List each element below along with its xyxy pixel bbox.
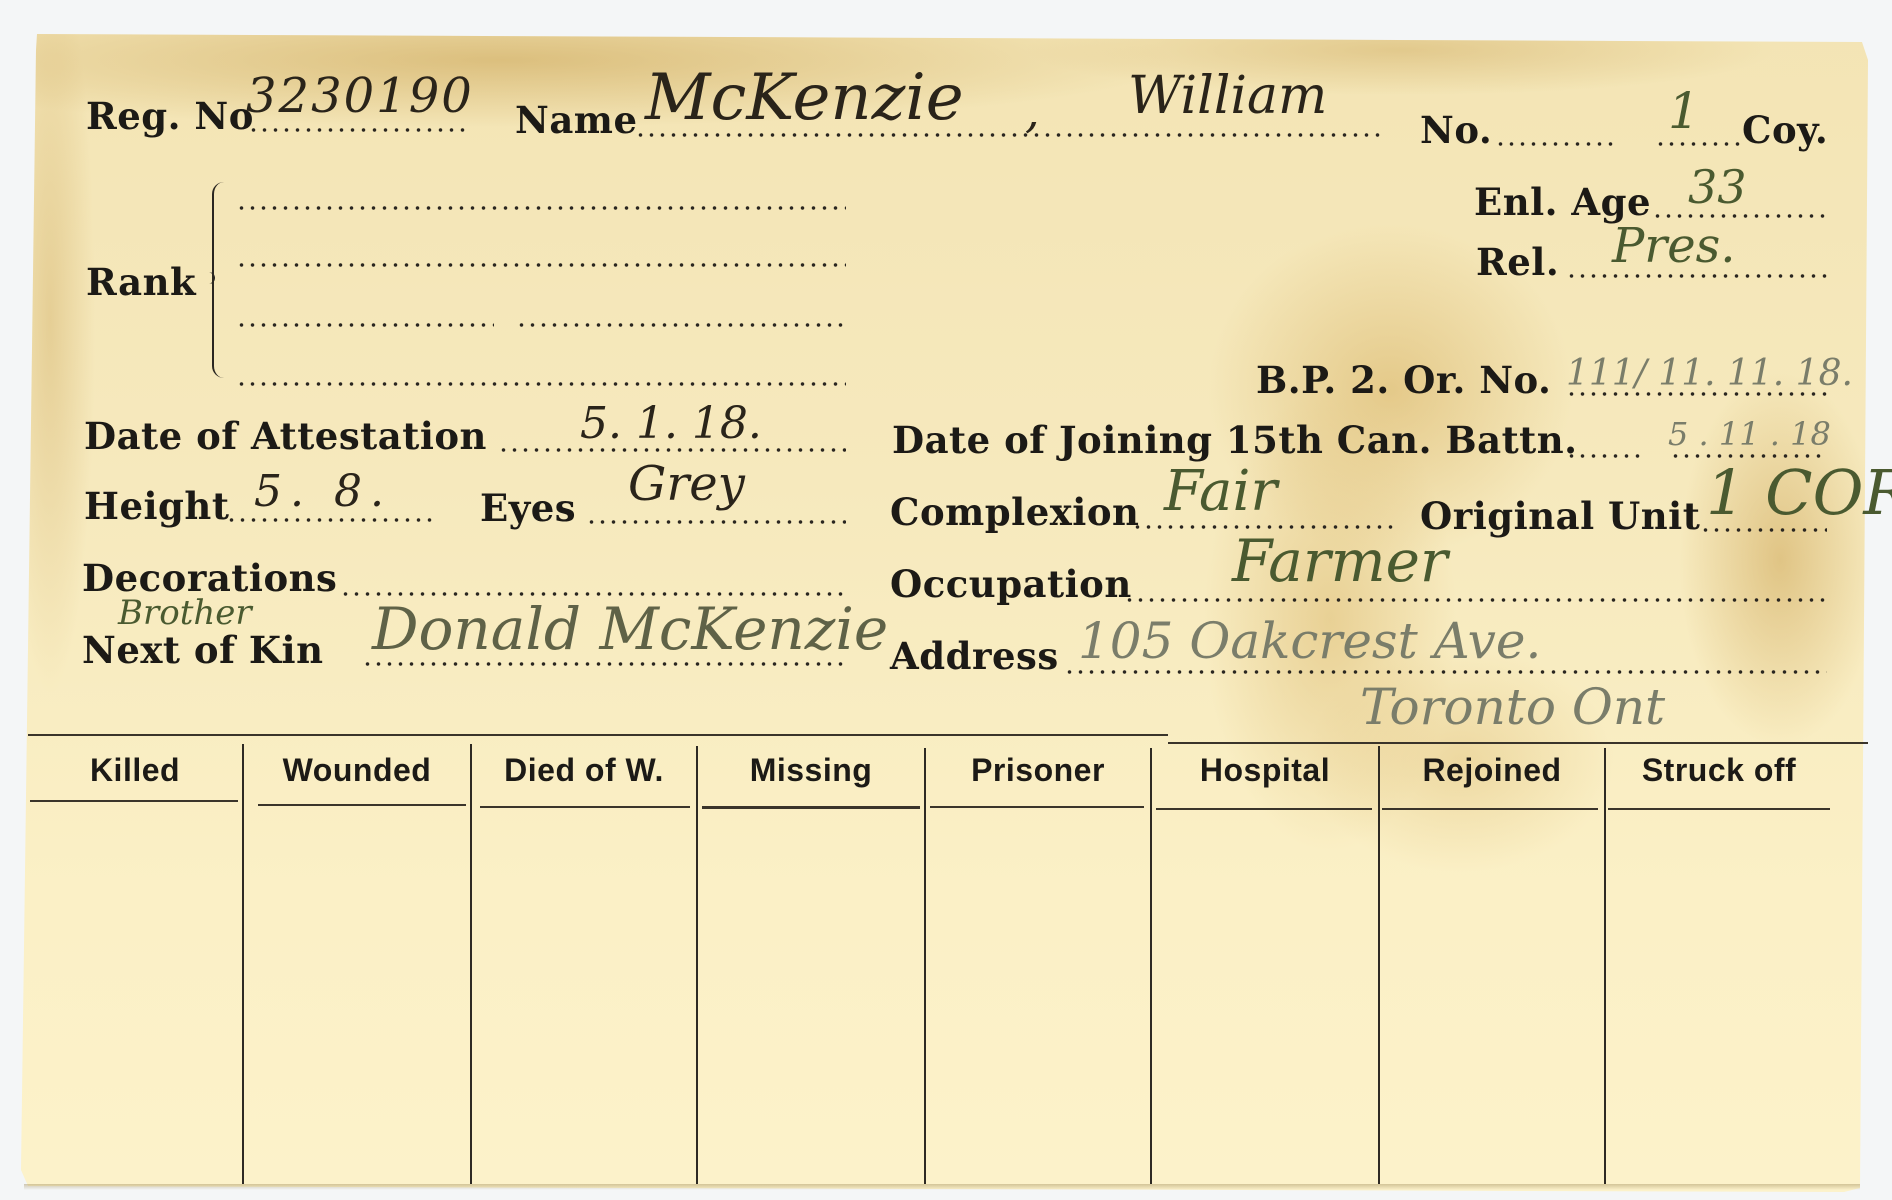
complexion-label: Complexion <box>890 494 1139 531</box>
reg-no-label: Reg. No <box>86 98 254 135</box>
date-of-attestation-label: Date of Attestation <box>84 418 487 455</box>
original-unit-value: 1 COR <box>1706 462 1892 524</box>
company-coy-label: Coy. <box>1742 112 1828 149</box>
column-header-prisoner: Prisoner <box>926 752 1150 789</box>
height-value: 5. 8. <box>254 470 392 514</box>
rank-line-2 <box>236 263 846 267</box>
column-header-died-of-wounds: Died of W. <box>472 752 696 789</box>
reg-no-value: 3230190 <box>246 72 474 120</box>
rank-line-3a <box>236 323 494 327</box>
bp2-label: B.P. 2. Or. No. <box>1256 362 1551 399</box>
rel-value: Pres. <box>1612 222 1736 270</box>
name-separator: , <box>1025 88 1040 134</box>
column-divider-7 <box>1604 748 1606 1184</box>
bp2-value: 111/ 11. 11. 18. <box>1566 356 1853 392</box>
company-no-label: No. <box>1420 112 1492 149</box>
next-of-kin-value: Donald McKenzie <box>372 600 888 658</box>
rank-line-4 <box>236 382 846 386</box>
header-underline-rejoined <box>1382 808 1598 810</box>
enl-age-value: 33 <box>1688 164 1747 210</box>
occupation-label: Occupation <box>890 566 1132 603</box>
column-header-struck-off: Struck off <box>1606 752 1832 789</box>
address-line1-value: 105 Oakcrest Ave. <box>1078 616 1541 666</box>
next-of-kin-label: Next of Kin <box>82 632 323 669</box>
company-no-dotted-line <box>1495 142 1615 146</box>
address-line2-value: Toronto Ont <box>1360 682 1665 732</box>
header-underline-died <box>480 806 690 808</box>
rank-line-3b <box>516 323 846 327</box>
eyes-label: Eyes <box>480 490 576 527</box>
name-label: Name <box>515 102 638 139</box>
date-of-attestation-value: 5. 1. 18. <box>580 402 762 446</box>
card-edge-shadow <box>24 1184 1860 1190</box>
table-top-rule-right <box>1168 742 1868 744</box>
company-value: 1 <box>1668 86 1700 136</box>
rel-label: Rel. <box>1476 244 1559 281</box>
occupation-value: Farmer <box>1232 532 1448 590</box>
column-divider-4 <box>924 748 926 1184</box>
occupation-dotted-line <box>1124 598 1827 602</box>
reg-no-dotted-line <box>248 128 468 132</box>
column-divider-1 <box>242 744 244 1184</box>
height-dotted-line <box>226 518 436 522</box>
address-label: Address <box>890 638 1059 675</box>
date-of-joining-dotted-line-a <box>1566 454 1646 458</box>
name-surname-value: McKenzie <box>645 66 964 130</box>
column-header-killed: Killed <box>28 752 242 789</box>
address-dotted-line <box>1064 670 1827 674</box>
column-header-rejoined: Rejoined <box>1380 752 1604 789</box>
decorations-label: Decorations <box>82 560 337 597</box>
column-divider-5 <box>1150 748 1152 1184</box>
column-divider-2 <box>470 744 472 1184</box>
eyes-value: Grey <box>628 460 745 508</box>
date-of-joining-label: Date of Joining 15th Can. Battn. <box>892 422 1578 459</box>
header-underline-missing <box>702 806 920 809</box>
header-underline-wounded <box>258 804 466 806</box>
date-of-joining-value: 5 . 11 . 18 <box>1668 418 1831 450</box>
header-underline-prisoner <box>930 806 1144 808</box>
original-unit-label: Original Unit <box>1420 498 1700 535</box>
column-header-missing: Missing <box>698 752 924 789</box>
header-underline-hospital <box>1156 808 1372 810</box>
enl-age-label: Enl. Age <box>1474 184 1651 221</box>
column-header-wounded: Wounded <box>244 752 470 789</box>
eyes-dotted-line <box>586 520 846 524</box>
complexion-value: Fair <box>1164 464 1277 520</box>
header-underline-killed <box>30 800 238 802</box>
rel-dotted-line <box>1566 274 1827 278</box>
rank-label: Rank <box>86 264 196 301</box>
table-top-rule-left <box>28 734 1168 736</box>
rank-line-1 <box>236 206 846 210</box>
column-divider-6 <box>1378 746 1380 1184</box>
name-given-value: William <box>1128 70 1327 122</box>
company-value-dotted-line <box>1655 142 1740 146</box>
column-divider-3 <box>696 746 698 1184</box>
header-underline-struck-off <box>1608 808 1830 810</box>
service-record-card: Reg. No 3230190 Name McKenzie , William … <box>0 0 1892 1200</box>
column-header-hospital: Hospital <box>1152 752 1378 789</box>
height-label: Height <box>84 488 229 525</box>
next-of-kin-relation: Brother <box>118 596 252 630</box>
